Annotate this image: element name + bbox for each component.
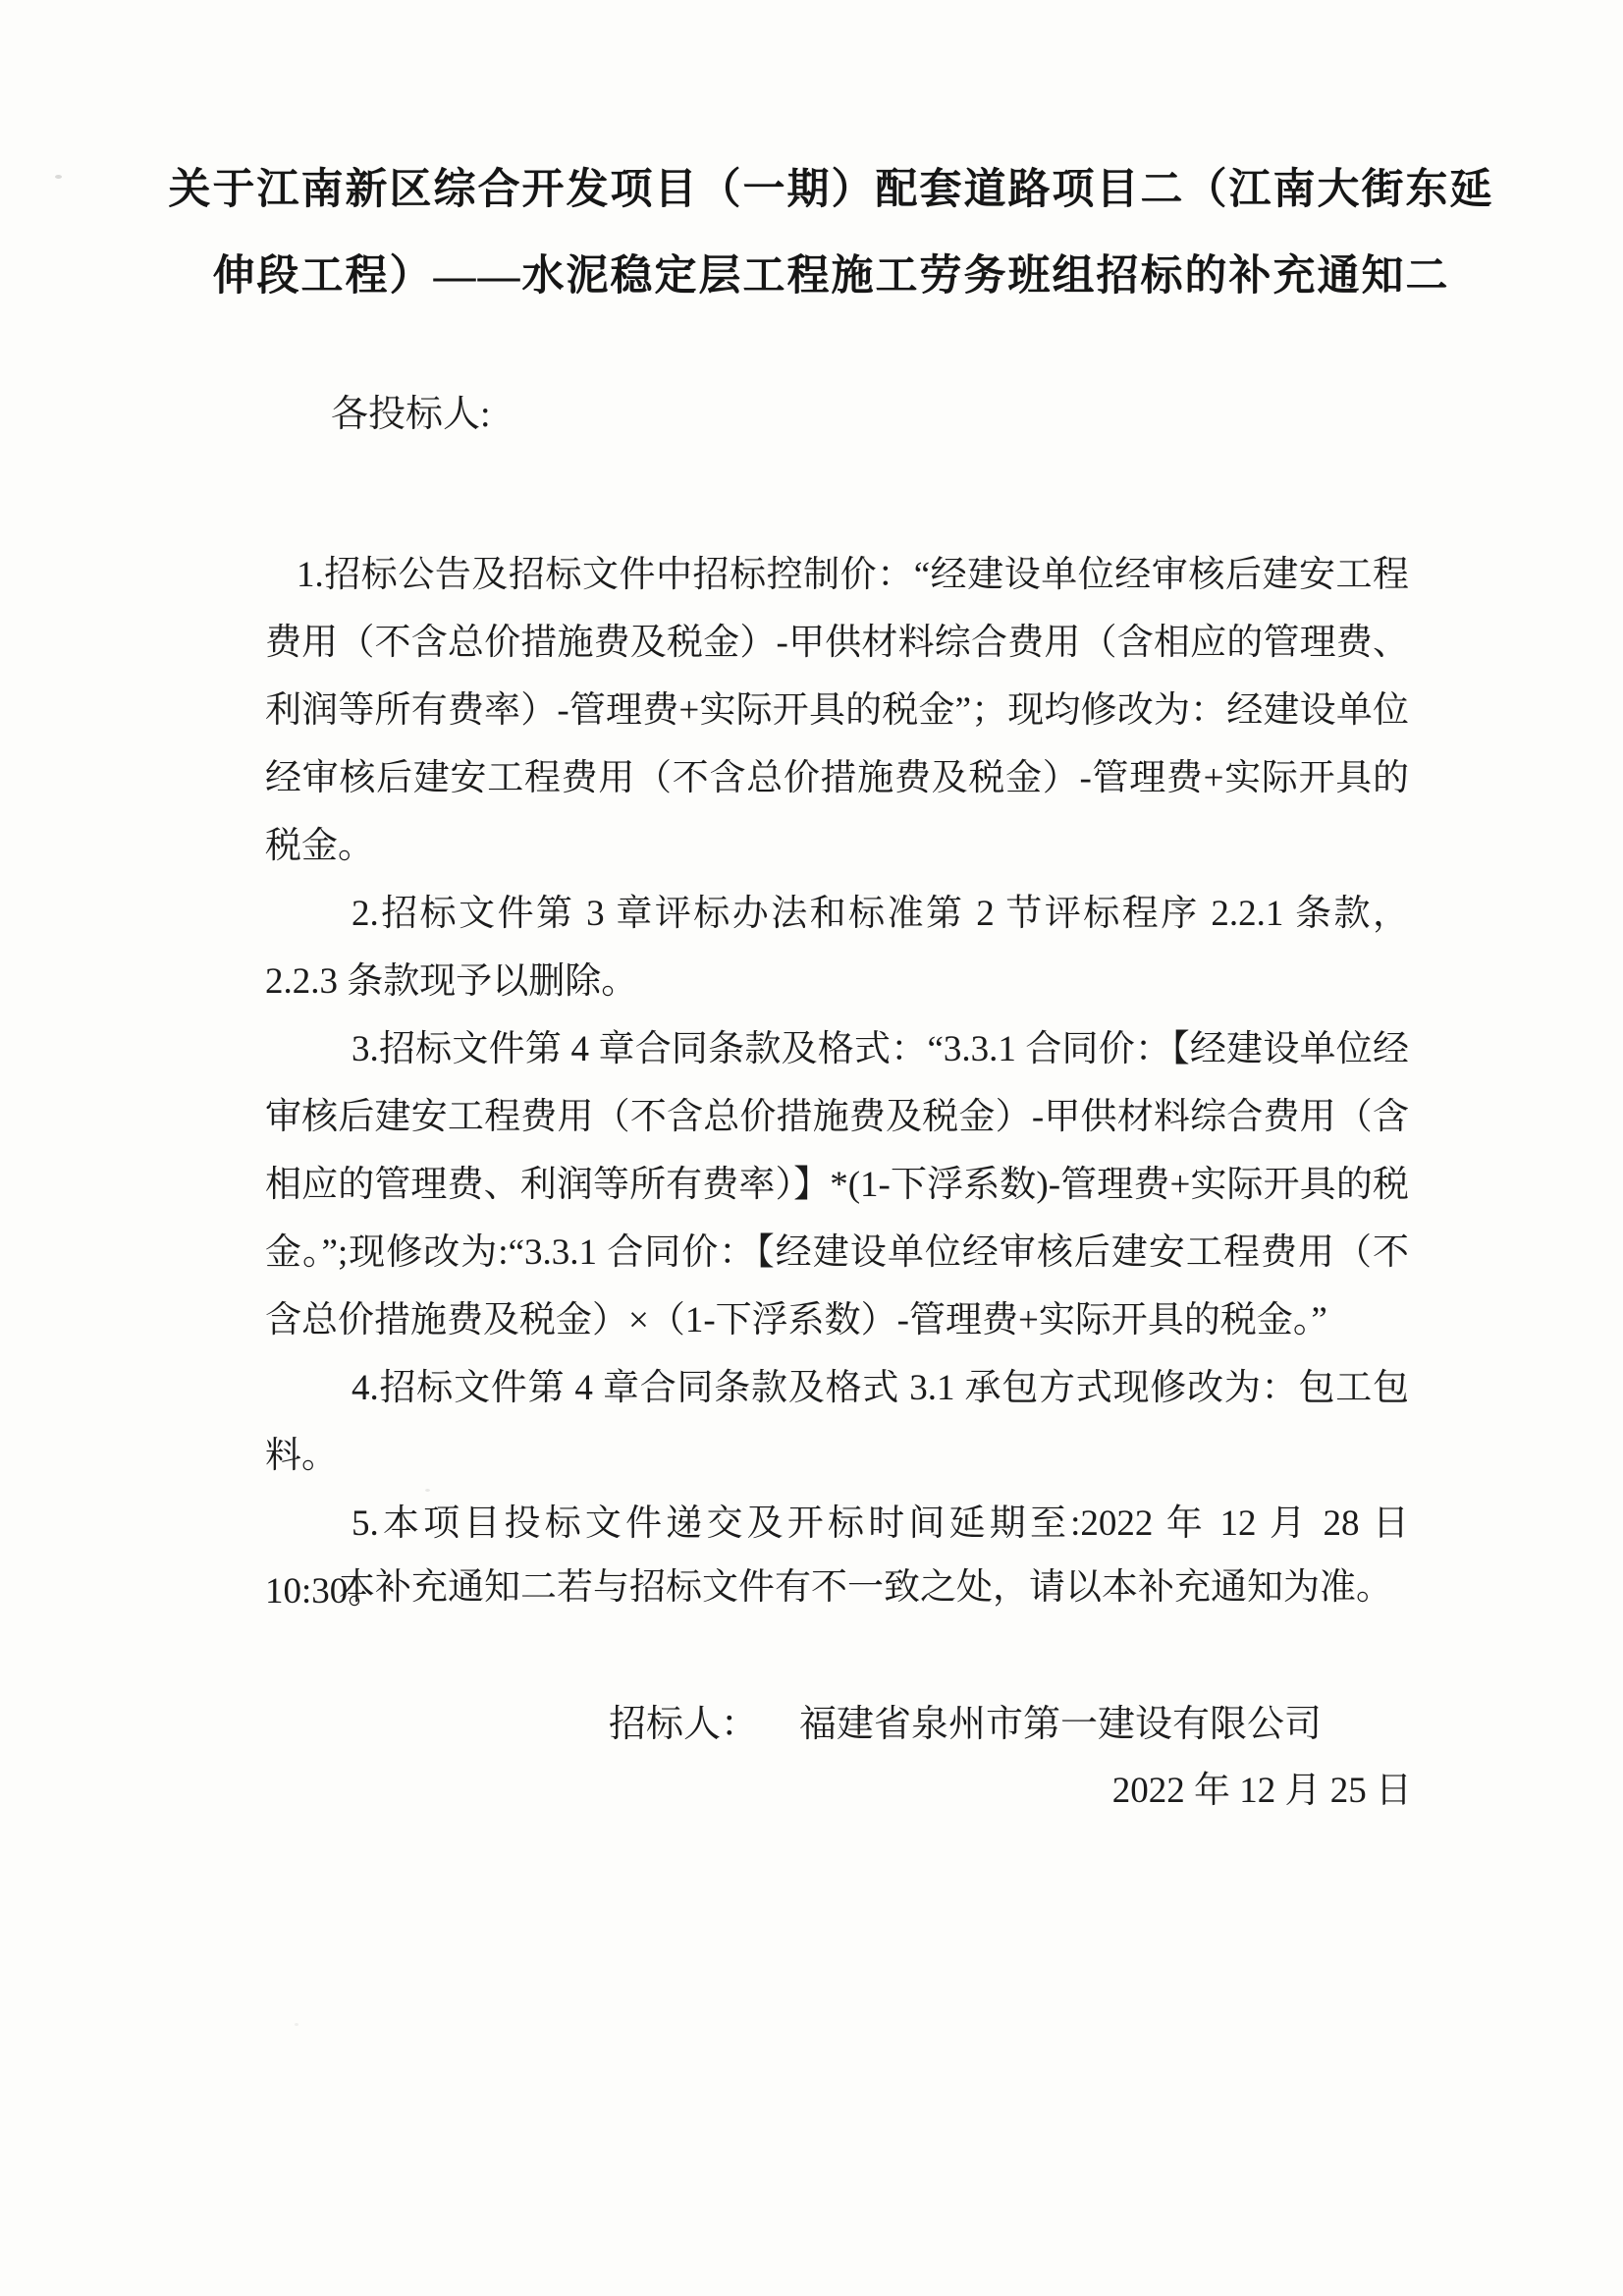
paragraph-item-1: 1.招标公告及招标文件中招标控制价：“经建设单位经审核后建安工程费用（不含总价措…: [265, 541, 1409, 880]
scan-artifact: [425, 1489, 430, 1492]
body-paragraphs: 1.招标公告及招标文件中招标控制价：“经建设单位经审核后建安工程费用（不含总价措…: [265, 541, 1409, 1625]
salutation: 各投标人:: [331, 393, 491, 436]
signature-company: 福建省泉州市第一建设有限公司: [799, 1704, 1322, 1745]
paragraph-item-3: 3.招标文件第 4 章合同条款及格式：“3.3.1 合同价：【经建设单位经审核后…: [265, 1015, 1409, 1354]
closing-statement: 本补充通知二若与招标文件有不一致之处，请以本补充通知为准。: [265, 1554, 1409, 1621]
paragraph-item-4: 4.招标文件第 4 章合同条款及格式 3.1 承包方式现修改为：包工包料。: [265, 1354, 1409, 1490]
document-title: 关于江南新区综合开发项目（一期）配套道路项目二（江南大街东延 伸段工程）——水泥…: [39, 147, 1623, 320]
scan-artifact: [295, 2023, 298, 2026]
title-line-1: 关于江南新区综合开发项目（一期）配套道路项目二（江南大街东延: [39, 147, 1623, 234]
document-page: 关于江南新区综合开发项目（一期）配套道路项目二（江南大街东延 伸段工程）——水泥…: [0, 0, 1623, 2296]
scan-artifact: [55, 175, 62, 179]
signature-label: 招标人：: [609, 1704, 758, 1745]
paragraph-item-2: 2.招标文件第 3 章评标办法和标准第 2 节评标程序 2.2.1 条款，2.2…: [265, 880, 1409, 1015]
signature-line: 招标人：福建省泉州市第一建设有限公司: [609, 1701, 1322, 1748]
scan-artifact: [687, 903, 691, 906]
date-line: 2022 年 12 月 25 日: [1112, 1770, 1412, 1813]
title-line-2: 伸段工程）——水泥稳定层工程施工劳务班组招标的补充通知二: [39, 234, 1623, 320]
